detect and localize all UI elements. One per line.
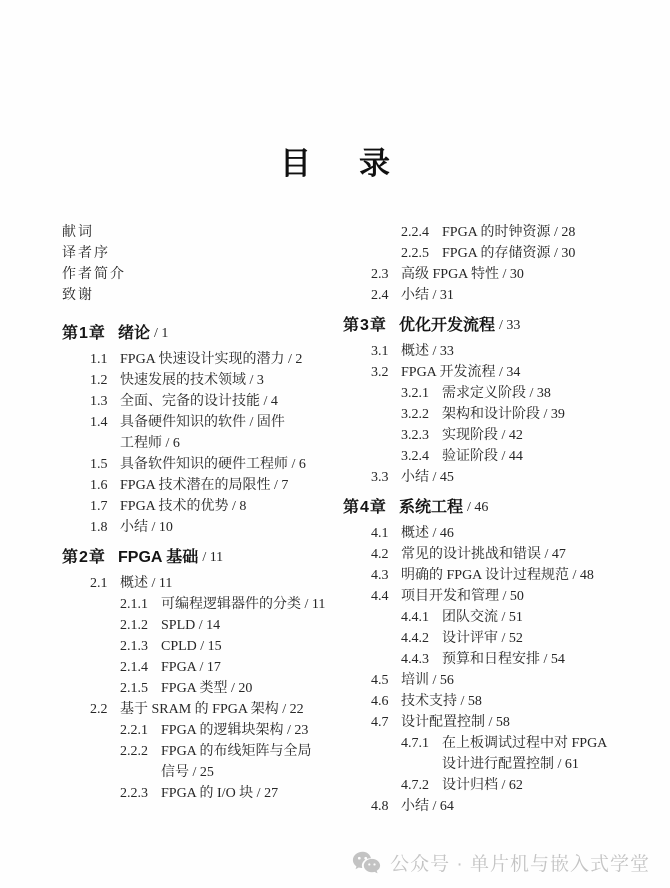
item-text: FPGA 技术的优势 / 8	[120, 496, 340, 517]
item-text-line1: 预算和日程安排 / 54	[442, 649, 655, 670]
item-number: 2.2.2	[120, 741, 161, 762]
chapter-number: 第2章	[62, 546, 118, 570]
item-number: 4.4.2	[401, 628, 442, 649]
item-number: 1.1	[90, 349, 120, 370]
item-number: 1.7	[90, 496, 120, 517]
toc-item: 1.5具备软件知识的硬件工程师 / 6	[90, 454, 340, 475]
toc-item: 2.2.3FPGA 的 I/O 块 / 27	[120, 783, 340, 804]
toc-item: 2.1.5FPGA 类型 / 20	[120, 678, 340, 699]
page-title-char1: 目	[280, 146, 311, 181]
item-number: 2.4	[371, 285, 401, 306]
item-text: FPGA 的逻辑块架构 / 23	[161, 720, 340, 741]
item-text-line1: 明确的 FPGA 设计过程规范 / 48	[401, 565, 655, 586]
chapter-page: / 46	[467, 496, 488, 520]
toc-blocks-left: 第1章绪论 / 11.1FPGA 快速设计实现的潜力 / 21.2快速发展的技术…	[62, 322, 340, 804]
toc-item: 2.2.2FPGA 的布线矩阵与全局信号 / 25	[120, 741, 340, 783]
toc-item: 1.6FPGA 技术潜在的局限性 / 7	[90, 475, 340, 496]
toc-item: 2.1.3CPLD / 15	[120, 636, 340, 657]
toc-item: 2.3高级 FPGA 特性 / 30	[371, 264, 655, 285]
item-text-line1: FPGA 开发流程 / 34	[401, 362, 655, 383]
item-text: 预算和日程安排 / 54	[442, 649, 655, 670]
toc-item: 3.2.3实现阶段 / 42	[401, 425, 655, 446]
toc-blocks-right: 2.2.4FPGA 的时钟资源 / 282.2.5FPGA 的存储资源 / 30…	[343, 222, 655, 817]
item-text: FPGA / 17	[161, 657, 340, 678]
item-text: 小结 / 31	[401, 285, 655, 306]
item-number: 4.5	[371, 670, 401, 691]
item-text-line1: 项目开发和管理 / 50	[401, 586, 655, 607]
item-text-line1: 概述 / 33	[401, 341, 655, 362]
item-number: 4.4	[371, 586, 401, 607]
item-text: 设计配置控制 / 58	[401, 712, 655, 733]
item-text-line1: FPGA 的逻辑块架构 / 23	[161, 720, 340, 741]
chapter-heading: 第4章系统工程 / 46	[343, 496, 655, 520]
toc-item: 1.8小结 / 10	[90, 517, 340, 538]
toc-item: 1.4具备硬件知识的软件 / 固件工程师 / 6	[90, 412, 340, 454]
toc-item: 1.1FPGA 快速设计实现的潜力 / 2	[90, 349, 340, 370]
item-number: 4.1	[371, 523, 401, 544]
item-text: 实现阶段 / 42	[442, 425, 655, 446]
item-number: 4.6	[371, 691, 401, 712]
chapter-title: FPGA 基础	[118, 546, 198, 570]
item-text: 全面、完备的设计技能 / 4	[120, 391, 340, 412]
item-number: 4.7	[371, 712, 401, 733]
toc-item: 4.4.1团队交流 / 51	[401, 607, 655, 628]
item-text-line1: 技术支持 / 58	[401, 691, 655, 712]
item-text-line1: FPGA 的存储资源 / 30	[442, 243, 655, 264]
chapter-title: 系统工程	[399, 496, 463, 520]
item-text-line1: 团队交流 / 51	[442, 607, 655, 628]
item-text-line1: 设计归档 / 62	[442, 775, 655, 796]
item-number: 3.2.1	[401, 383, 442, 404]
item-text-line1: FPGA 技术潜在的局限性 / 7	[120, 475, 340, 496]
page-title: 目录	[0, 138, 670, 183]
item-text-line1: 常见的设计挑战和错误 / 47	[401, 544, 655, 565]
item-text-line1: 设计配置控制 / 58	[401, 712, 655, 733]
item-number: 4.3	[371, 565, 401, 586]
item-number: 4.4.3	[401, 649, 442, 670]
item-text: 需求定义阶段 / 38	[442, 383, 655, 404]
item-text: 具备硬件知识的软件 / 固件工程师 / 6	[120, 412, 340, 454]
item-text-line1: FPGA 的 I/O 块 / 27	[161, 783, 340, 804]
toc-page: 目录 献词 译者序 作者简介 致谢 第1章绪论 / 11.1FPGA 快速设计实…	[0, 0, 670, 888]
item-text-line1: 小结 / 31	[401, 285, 655, 306]
item-number: 2.2.5	[401, 243, 442, 264]
item-text-line1: 验证阶段 / 44	[442, 446, 655, 467]
toc-item: 1.7FPGA 技术的优势 / 8	[90, 496, 340, 517]
item-text-line1: 具备软件知识的硬件工程师 / 6	[120, 454, 340, 475]
item-number: 3.2	[371, 362, 401, 383]
toc-item: 2.1概述 / 11	[90, 573, 340, 594]
item-number: 3.2.4	[401, 446, 442, 467]
item-number: 4.7.2	[401, 775, 442, 796]
toc-item: 2.2.5FPGA 的存储资源 / 30	[401, 243, 655, 264]
item-text: 培训 / 56	[401, 670, 655, 691]
item-text: 架构和设计阶段 / 39	[442, 404, 655, 425]
chapter-number: 第1章	[62, 322, 118, 346]
toc-item: 4.2常见的设计挑战和错误 / 47	[371, 544, 655, 565]
toc-item: 2.2基于 SRAM 的 FPGA 架构 / 22	[90, 699, 340, 720]
toc-item: 4.4项目开发和管理 / 50	[371, 586, 655, 607]
item-text-line2: 信号 / 25	[161, 762, 340, 783]
item-text: 在上板调试过程中对 FPGA设计进行配置控制 / 61	[442, 733, 655, 775]
item-text-line1: 小结 / 45	[401, 467, 655, 488]
item-text-line1: FPGA 的时钟资源 / 28	[442, 222, 655, 243]
item-text-line2: 设计进行配置控制 / 61	[442, 754, 655, 775]
item-text: 具备软件知识的硬件工程师 / 6	[120, 454, 340, 475]
item-text-line1: 可编程逻辑器件的分类 / 11	[161, 594, 340, 615]
toc-item: 4.1概述 / 46	[371, 523, 655, 544]
chapter-heading: 第3章优化开发流程 / 33	[343, 314, 655, 338]
item-text-line1: 小结 / 64	[401, 796, 655, 817]
toc-item: 4.6技术支持 / 58	[371, 691, 655, 712]
item-number: 2.1.5	[120, 678, 161, 699]
toc-item: 4.4.2设计评审 / 52	[401, 628, 655, 649]
toc-item: 4.8小结 / 64	[371, 796, 655, 817]
toc-item: 4.4.3预算和日程安排 / 54	[401, 649, 655, 670]
chapter-heading: 第1章绪论 / 1	[62, 322, 340, 346]
item-number: 4.7.1	[401, 733, 442, 754]
item-number: 1.5	[90, 454, 120, 475]
item-text-line1: 设计评审 / 52	[442, 628, 655, 649]
item-text-line1: 架构和设计阶段 / 39	[442, 404, 655, 425]
item-number: 3.2.3	[401, 425, 442, 446]
item-text-line1: FPGA / 17	[161, 657, 340, 678]
item-text: 可编程逻辑器件的分类 / 11	[161, 594, 340, 615]
item-number: 1.6	[90, 475, 120, 496]
item-text: 高级 FPGA 特性 / 30	[401, 264, 655, 285]
toc-item: 4.7.2设计归档 / 62	[401, 775, 655, 796]
item-text-line1: FPGA 技术的优势 / 8	[120, 496, 340, 517]
item-number: 1.2	[90, 370, 120, 391]
item-text: FPGA 的 I/O 块 / 27	[161, 783, 340, 804]
front-matter-item: 献词	[62, 222, 340, 243]
item-text-line1: SPLD / 14	[161, 615, 340, 636]
front-matter-item: 译者序	[62, 243, 340, 264]
toc-item: 2.2.4FPGA 的时钟资源 / 28	[401, 222, 655, 243]
item-text-line1: 概述 / 46	[401, 523, 655, 544]
item-text: 团队交流 / 51	[442, 607, 655, 628]
item-text: FPGA 开发流程 / 34	[401, 362, 655, 383]
item-text-line1: FPGA 类型 / 20	[161, 678, 340, 699]
front-matter: 献词 译者序 作者简介 致谢	[62, 222, 340, 306]
item-text: 小结 / 10	[120, 517, 340, 538]
item-number: 3.2.2	[401, 404, 442, 425]
item-text-line1: 全面、完备的设计技能 / 4	[120, 391, 340, 412]
toc-item: 3.3小结 / 45	[371, 467, 655, 488]
item-text: 小结 / 64	[401, 796, 655, 817]
chapter-title: 优化开发流程	[399, 314, 495, 338]
item-text: 设计归档 / 62	[442, 775, 655, 796]
toc-item: 2.1.2SPLD / 14	[120, 615, 340, 636]
item-number: 2.3	[371, 264, 401, 285]
toc-item: 1.2快速发展的技术领域 / 3	[90, 370, 340, 391]
item-text-line1: 基于 SRAM 的 FPGA 架构 / 22	[120, 699, 340, 720]
toc-item: 2.2.1FPGA 的逻辑块架构 / 23	[120, 720, 340, 741]
item-text: SPLD / 14	[161, 615, 340, 636]
toc-item: 4.3明确的 FPGA 设计过程规范 / 48	[371, 565, 655, 586]
item-text: FPGA 的存储资源 / 30	[442, 243, 655, 264]
toc-column-left: 献词 译者序 作者简介 致谢 第1章绪论 / 11.1FPGA 快速设计实现的潜…	[62, 222, 340, 804]
chapter-page: / 33	[499, 314, 520, 338]
chapter-page: / 11	[202, 546, 223, 570]
toc-item: 3.2.4验证阶段 / 44	[401, 446, 655, 467]
item-text-line1: 概述 / 11	[120, 573, 340, 594]
chapter-heading: 第2章FPGA 基础 / 11	[62, 546, 340, 570]
toc-item: 4.7设计配置控制 / 58	[371, 712, 655, 733]
item-text: CPLD / 15	[161, 636, 340, 657]
item-number: 4.2	[371, 544, 401, 565]
item-number: 2.2.1	[120, 720, 161, 741]
item-text-line1: 快速发展的技术领域 / 3	[120, 370, 340, 391]
item-number: 3.3	[371, 467, 401, 488]
item-text-line1: 高级 FPGA 特性 / 30	[401, 264, 655, 285]
item-text: 常见的设计挑战和错误 / 47	[401, 544, 655, 565]
item-number: 2.1.4	[120, 657, 161, 678]
toc-item: 4.5培训 / 56	[371, 670, 655, 691]
item-text: 明确的 FPGA 设计过程规范 / 48	[401, 565, 655, 586]
item-number: 3.1	[371, 341, 401, 362]
item-text: 概述 / 46	[401, 523, 655, 544]
toc-item: 3.2FPGA 开发流程 / 34	[371, 362, 655, 383]
item-number: 2.1.2	[120, 615, 161, 636]
item-number: 2.2.4	[401, 222, 442, 243]
item-text: FPGA 类型 / 20	[161, 678, 340, 699]
item-text: FPGA 的布线矩阵与全局信号 / 25	[161, 741, 340, 783]
footer-text: 公众号 · 单片机与嵌入式学堂	[390, 849, 650, 876]
item-number: 1.8	[90, 517, 120, 538]
chapter-number: 第4章	[343, 496, 399, 520]
item-text-line1: FPGA 快速设计实现的潜力 / 2	[120, 349, 340, 370]
item-text-line1: FPGA 的布线矩阵与全局	[161, 741, 340, 762]
item-text: 验证阶段 / 44	[442, 446, 655, 467]
toc-item: 2.1.4FPGA / 17	[120, 657, 340, 678]
wechat-icon	[352, 851, 381, 875]
item-text: 项目开发和管理 / 50	[401, 586, 655, 607]
item-text: FPGA 快速设计实现的潜力 / 2	[120, 349, 340, 370]
item-number: 2.2.3	[120, 783, 161, 804]
toc-item: 4.7.1在上板调试过程中对 FPGA设计进行配置控制 / 61	[401, 733, 655, 775]
item-number: 2.1.3	[120, 636, 161, 657]
item-number: 2.1	[90, 573, 120, 594]
toc-item: 3.1概述 / 33	[371, 341, 655, 362]
item-number: 4.8	[371, 796, 401, 817]
chapter-page: / 1	[154, 322, 168, 346]
item-text: 快速发展的技术领域 / 3	[120, 370, 340, 391]
toc-item: 1.3全面、完备的设计技能 / 4	[90, 391, 340, 412]
item-text: 设计评审 / 52	[442, 628, 655, 649]
front-matter-item: 致谢	[62, 285, 340, 306]
front-matter-item: 作者简介	[62, 264, 340, 285]
item-number: 2.2	[90, 699, 120, 720]
item-text-line1: 需求定义阶段 / 38	[442, 383, 655, 404]
chapter-number: 第3章	[343, 314, 399, 338]
item-text-line1: 在上板调试过程中对 FPGA	[442, 733, 655, 754]
item-text: 小结 / 45	[401, 467, 655, 488]
item-number: 1.3	[90, 391, 120, 412]
item-text-line2: 工程师 / 6	[120, 433, 340, 454]
toc-item: 3.2.2架构和设计阶段 / 39	[401, 404, 655, 425]
item-number: 1.4	[90, 412, 120, 433]
toc-item: 2.1.1可编程逻辑器件的分类 / 11	[120, 594, 340, 615]
item-text: 概述 / 11	[120, 573, 340, 594]
item-text: FPGA 技术潜在的局限性 / 7	[120, 475, 340, 496]
footer-watermark: 公众号 · 单片机与嵌入式学堂	[352, 849, 650, 876]
item-text-line1: 具备硬件知识的软件 / 固件	[120, 412, 340, 433]
item-text-line1: CPLD / 15	[161, 636, 340, 657]
toc-item: 2.4小结 / 31	[371, 285, 655, 306]
item-text-line1: 培训 / 56	[401, 670, 655, 691]
item-text: 概述 / 33	[401, 341, 655, 362]
item-number: 2.1.1	[120, 594, 161, 615]
item-text-line1: 小结 / 10	[120, 517, 340, 538]
item-text: 技术支持 / 58	[401, 691, 655, 712]
item-text-line1: 实现阶段 / 42	[442, 425, 655, 446]
toc-item: 3.2.1需求定义阶段 / 38	[401, 383, 655, 404]
toc-column-right: 2.2.4FPGA 的时钟资源 / 282.2.5FPGA 的存储资源 / 30…	[343, 222, 655, 817]
item-text: 基于 SRAM 的 FPGA 架构 / 22	[120, 699, 340, 720]
item-number: 4.4.1	[401, 607, 442, 628]
item-text: FPGA 的时钟资源 / 28	[442, 222, 655, 243]
chapter-title: 绪论	[118, 322, 150, 346]
page-title-char2: 录	[359, 146, 390, 181]
